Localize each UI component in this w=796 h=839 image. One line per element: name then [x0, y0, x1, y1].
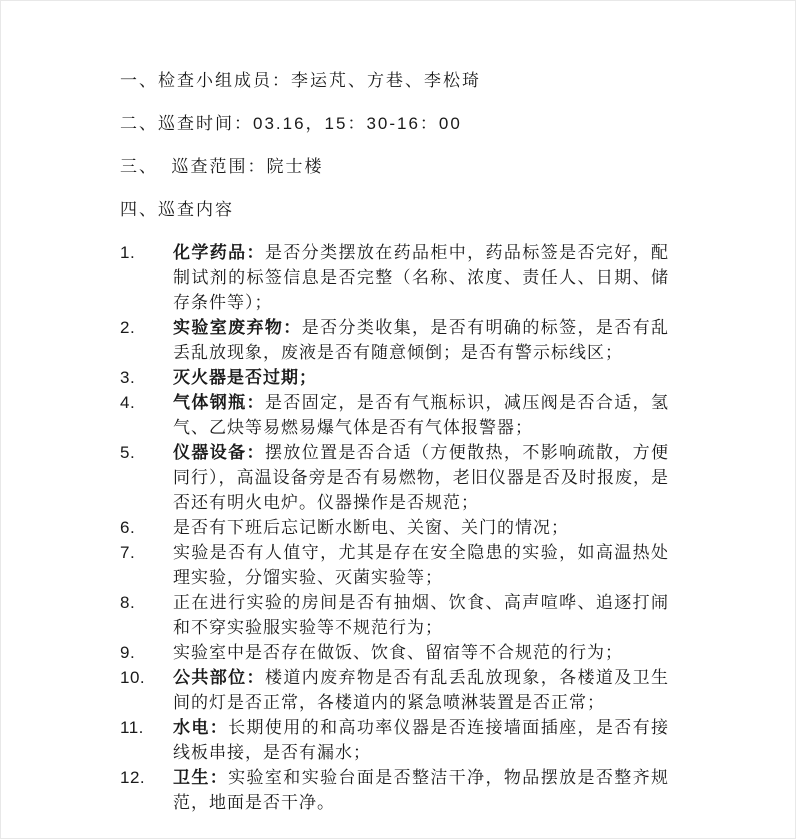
item-number: 3. — [120, 365, 173, 390]
section-patrol-time: 二、巡查时间：03.16，15：30-16：00 — [120, 111, 669, 137]
item-number: 4. — [120, 390, 173, 415]
item-text: 实验室中是否存在做饭、饮食、留宿等不合规范的行为； — [173, 643, 623, 662]
section-patrol-content-heading: 四、巡查内容 — [120, 197, 669, 223]
list-item-experiment-attendance: 7. 实验是否有人值守，尤其是存在安全隐患的实验，如高温热处理实验，分馏实验、灭… — [120, 540, 669, 590]
list-item-lab-misuse: 9. 实验室中是否存在做饭、饮食、留宿等不合规范的行为； — [120, 640, 669, 665]
list-item-chemicals: 1. 化学药品：是否分类摆放在药品柜中，药品标签是否完好，配制试剂的标签信息是否… — [120, 240, 669, 315]
item-number: 6. — [120, 515, 173, 540]
list-item-public-areas: 10. 公共部位：楼道内废弃物是否有乱丢乱放现象，各楼道及卫生间的灯是否正常，各… — [120, 665, 669, 715]
item-lead-term: 实验室废弃物： — [173, 318, 302, 337]
list-item-hygiene: 12. 卫生：实验室和实验台面是否整洁干净，物品摆放是否整齐规范，地面是否干净。 — [120, 765, 669, 815]
document-page: 一、检查小组成员：李运芃、方巷、李松琦 二、巡查时间：03.16，15：30-1… — [0, 0, 796, 839]
item-number: 1. — [120, 240, 173, 265]
item-number: 2. — [120, 315, 173, 340]
list-item-room-behavior: 8. 正在进行实验的房间是否有抽烟、饮食、高声喧哗、追逐打闹和不穿实验服实验等不… — [120, 590, 669, 640]
item-number: 5. — [120, 440, 173, 465]
section-patrol-scope: 三、 巡查范围：院士楼 — [120, 154, 669, 180]
item-lead-term: 气体钢瓶： — [173, 393, 265, 412]
item-lead-term: 化学药品： — [173, 243, 265, 262]
item-text: 是否有下班后忘记断水断电、关窗、关门的情况； — [173, 518, 569, 537]
item-number: 8. — [120, 590, 173, 615]
item-lead-term: 公共部位： — [173, 668, 265, 687]
item-number: 10. — [120, 665, 173, 690]
section-inspection-team: 一、检查小组成员：李运芃、方巷、李松琦 — [120, 68, 669, 94]
list-item-lab-waste: 2. 实验室废弃物：是否分类收集，是否有明确的标签，是否有乱丢乱放现象，废液是否… — [120, 315, 669, 365]
item-lead-term: 卫生： — [173, 768, 228, 787]
item-lead-term: 灭火器是否过期； — [173, 368, 317, 387]
item-number: 9. — [120, 640, 173, 665]
patrol-checklist: 1. 化学药品：是否分类摆放在药品柜中，药品标签是否完好，配制试剂的标签信息是否… — [120, 240, 669, 815]
list-item-after-work-checks: 6. 是否有下班后忘记断水断电、关窗、关门的情况； — [120, 515, 669, 540]
list-item-gas-cylinders: 4. 气体钢瓶：是否固定，是否有气瓶标识，减压阀是否合适，氢气、乙炔等易燃易爆气… — [120, 390, 669, 440]
item-text: 实验是否有人值守，尤其是存在安全隐患的实验，如高温热处理实验，分馏实验、灭菌实验… — [173, 543, 669, 587]
item-lead-term: 水电： — [173, 718, 228, 737]
list-item-fire-extinguisher: 3. 灭火器是否过期； — [120, 365, 669, 390]
item-text: 长期使用的和高功率仪器是否连接墙面插座，是否有接线板串接，是否有漏水； — [173, 718, 669, 762]
list-item-instruments: 5. 仪器设备：摆放位置是否合适（方便散热，不影响疏散，方便同行），高温设备旁是… — [120, 440, 669, 515]
item-text: 正在进行实验的房间是否有抽烟、饮食、高声喧哗、追逐打闹和不穿实验服实验等不规范行… — [173, 593, 669, 637]
item-number: 11. — [120, 715, 173, 740]
item-number: 7. — [120, 540, 173, 565]
item-text: 实验室和实验台面是否整洁干净，物品摆放是否整齐规范，地面是否干净。 — [173, 768, 669, 812]
item-lead-term: 仪器设备： — [173, 443, 265, 462]
list-item-water-electricity: 11. 水电：长期使用的和高功率仪器是否连接墙面插座，是否有接线板串接，是否有漏… — [120, 715, 669, 765]
document-content: 一、检查小组成员：李运芃、方巷、李松琦 二、巡查时间：03.16，15：30-1… — [120, 68, 669, 815]
item-number: 12. — [120, 765, 173, 790]
